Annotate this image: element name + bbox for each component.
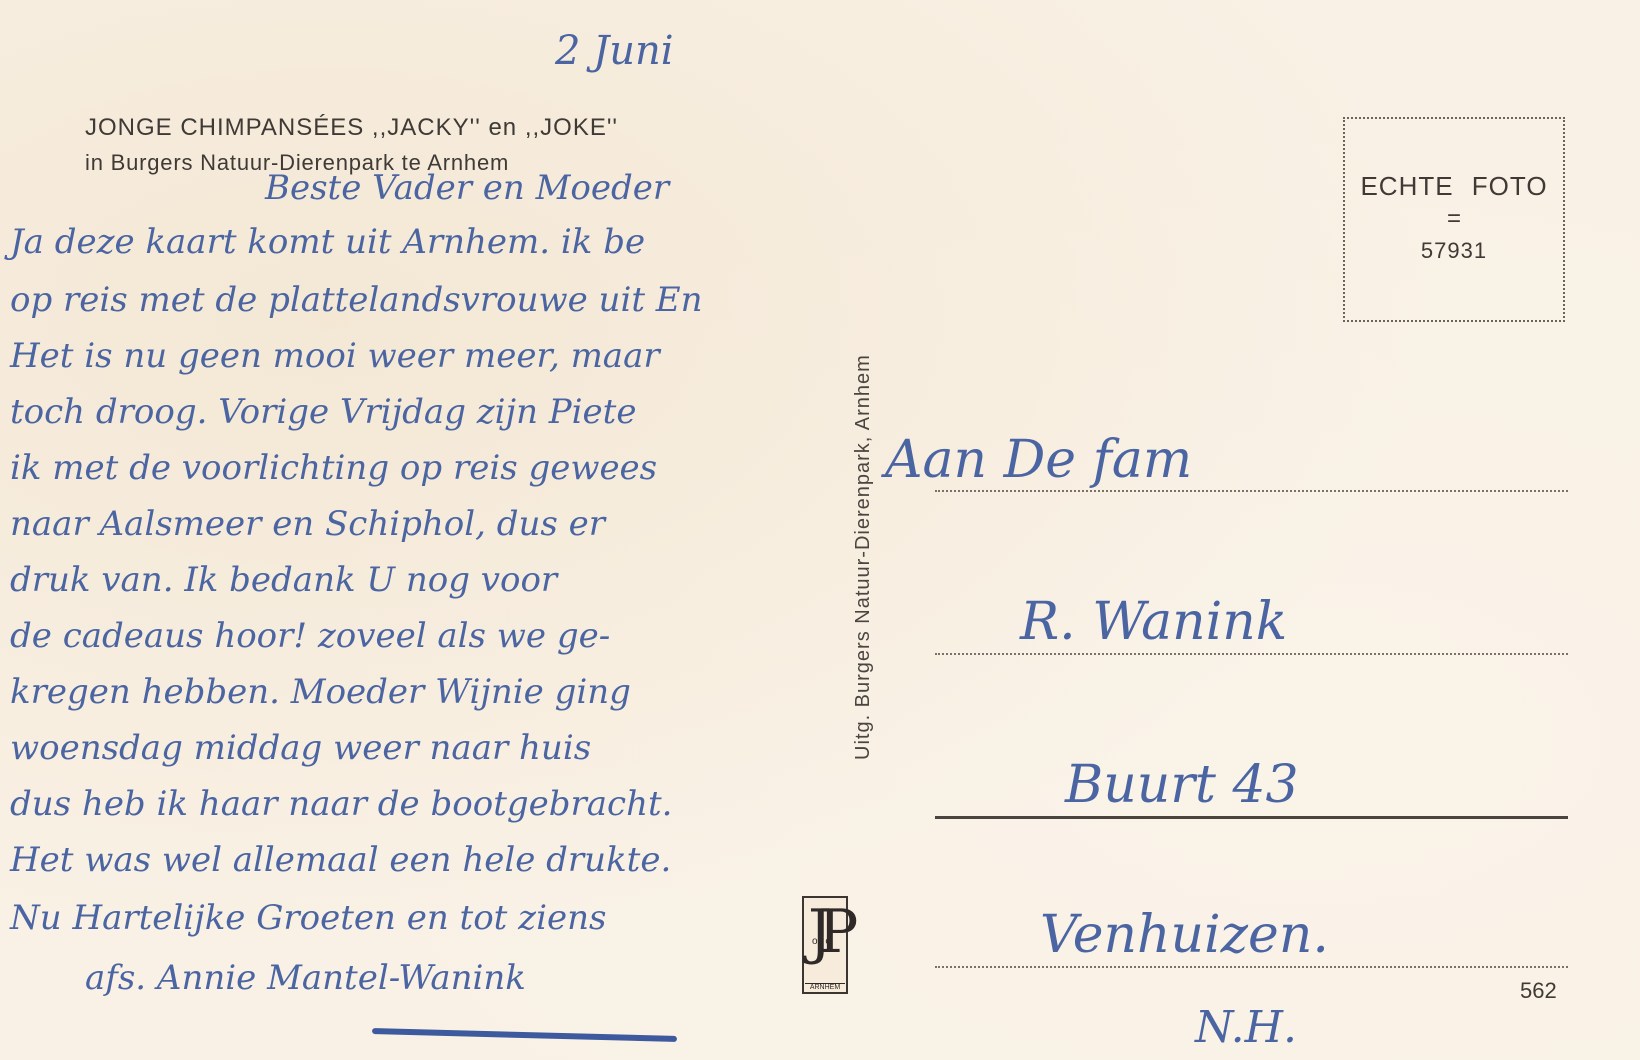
logo-monogram: JP bbox=[808, 900, 844, 964]
letter-line: ik met de voorlichting op reis gewees bbox=[10, 448, 657, 488]
handwritten-date: 2 Juni bbox=[555, 28, 674, 74]
address-street: Buurt 43 bbox=[1065, 755, 1299, 815]
letter-line: woensdag middag weer naar huis bbox=[10, 728, 591, 768]
letter-line: toch droog. Vorige Vrijdag zijn Piete bbox=[10, 392, 636, 432]
publisher-imprint: Uitg. Burgers Natuur-Dierenpark, Arnhem bbox=[852, 354, 875, 760]
letter-line: op reis met de plattelandsvrouwe uit En bbox=[10, 280, 703, 320]
letter-line: Ja deze kaart komt uit Arnhem. ik be bbox=[10, 222, 645, 262]
logo-middle-text: os e bbox=[812, 936, 831, 947]
address-line-1 bbox=[935, 490, 1568, 492]
address-province: N.H. bbox=[1195, 1002, 1297, 1053]
address-line-3 bbox=[935, 816, 1568, 819]
letter-line: de cadeaus hoor! zoveel als we ge- bbox=[10, 616, 610, 656]
signature-underline bbox=[372, 1028, 677, 1042]
letter-line: naar Aalsmeer en Schiphol, dus er bbox=[10, 504, 605, 544]
stamp-title: ECHTE FOTO bbox=[1345, 171, 1563, 202]
address-line-4 bbox=[935, 966, 1568, 968]
signature: afs. Annie Mantel-Wanink bbox=[85, 958, 526, 998]
letter-line: Nu Hartelijke Groeten en tot ziens bbox=[10, 898, 606, 938]
address-recipient-prefix: Aan De fam bbox=[885, 430, 1192, 490]
letter-line: Het is nu geen mooi weer meer, maar bbox=[10, 336, 660, 376]
publisher-logo-icon: JP os e ARNHEM bbox=[802, 896, 848, 994]
address-line-2 bbox=[935, 653, 1568, 655]
letter-line: dus heb ik haar naar de bootgebracht. bbox=[10, 784, 672, 824]
address-recipient-name: R. Wanink bbox=[1020, 592, 1287, 652]
stamp-separator: = bbox=[1345, 206, 1563, 232]
letter-line: kregen hebben. Moeder Wijnie ging bbox=[10, 672, 631, 712]
letter-line: druk van. Ik bedank U nog voor bbox=[10, 560, 557, 600]
stamp-number: 57931 bbox=[1345, 238, 1563, 264]
postcard-back: JONGE CHIMPANSÉES ,,JACKY'' en ,,JOKE'' … bbox=[0, 0, 1640, 1060]
stamp-box: ECHTE FOTO = 57931 bbox=[1343, 117, 1565, 322]
caption-title: JONGE CHIMPANSÉES ,,JACKY'' en ,,JOKE'' bbox=[85, 114, 618, 142]
letter-line: Het was wel allemaal een hele drukte. bbox=[10, 840, 671, 880]
card-number: 562 bbox=[1520, 978, 1557, 1004]
handwritten-greeting: Beste Vader en Moeder bbox=[265, 168, 669, 208]
logo-city: ARNHEM bbox=[805, 983, 845, 991]
address-city: Venhuizen. bbox=[1040, 905, 1329, 965]
